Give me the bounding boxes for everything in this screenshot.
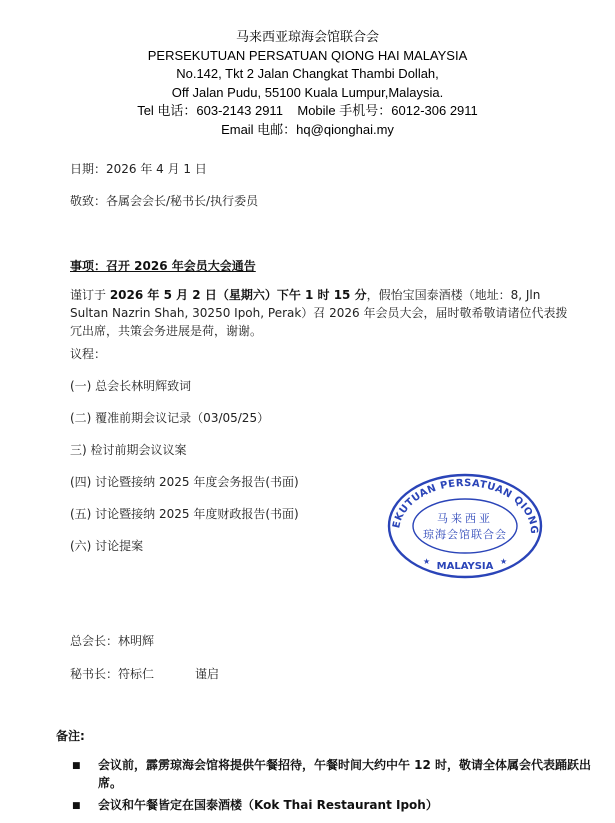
president-signature: 总会长：林明辉 (70, 632, 154, 649)
agenda-item: (一) 总会长林明辉致词 (70, 377, 191, 394)
note-item: ■ 会议和午餐皆定在国泰酒楼（Kok Thai Restaurant Ipoh） (72, 796, 592, 815)
official-stamp: PERSEKUTUAN PERSATUAN QIONG HAI 马来西亚 琼海会… (385, 470, 545, 580)
notes-list: ■ 会议前，霹雳琼海会馆将提供午餐招待，午餐时间大约中午 12 时，敬请全体属会… (72, 756, 592, 819)
org-name-chinese: 马来西亚琼海会馆联合会 (0, 28, 615, 47)
note-text: 会议和午餐皆定在国泰酒楼（Kok Thai Restaurant Ipoh） (98, 796, 438, 815)
bullet-icon: ■ (72, 796, 98, 815)
star-icon: ★ (423, 557, 430, 566)
body-paragraph: 谨订于 2026 年 5 月 2 日（星期六）下午 1 时 15 分，假怡宝国泰… (70, 286, 575, 340)
bullet-icon: ■ (72, 756, 98, 792)
email-line: Email 电邮：hq@qionghai.my (0, 121, 615, 140)
address-line-1: No.142, Tkt 2 Jalan Changkat Thambi Doll… (0, 65, 615, 84)
star-icon: ★ (500, 557, 507, 566)
agenda-item: (五) 讨论暨接纳 2025 年度财政报告(书面) (70, 505, 299, 522)
meeting-datetime: 2026 年 5 月 2 日（星期六）下午 1 时 15 分 (110, 288, 367, 302)
agenda-item: (四) 讨论暨接纳 2025 年度会务报告(书面) (70, 473, 299, 490)
letterhead: 马来西亚琼海会馆联合会 PERSEKUTUAN PERSATUAN QIONG … (0, 28, 615, 139)
org-name-malay: PERSEKUTUAN PERSATUAN QIONG HAI MALAYSIA (0, 47, 615, 66)
agenda-title: 议程： (70, 345, 106, 362)
secretary-signature: 秘书长：符标仁 (70, 665, 154, 682)
subject-heading: 事项：召开 2026 年会员大会通告 (70, 257, 256, 274)
note-text: 会议前，霹雳琼海会馆将提供午餐招待，午餐时间大约中午 12 时，敬请全体属会代表… (98, 756, 592, 792)
date-line: 日期：2026 年 4 月 1 日 (70, 160, 207, 177)
phone-line: Tel 电话：603-2143 2911 Mobile 手机号：6012-306… (0, 102, 615, 121)
recipients-line: 敬致：各属会会长/秘书长/执行委员 (70, 192, 258, 209)
agenda-item: (六) 讨论提案 (70, 537, 143, 554)
address-line-2: Off Jalan Pudu, 55100 Kuala Lumpur,Malay… (0, 84, 615, 103)
agenda-item: (二) 覆准前期会议记录（03/05/25） (70, 409, 269, 426)
agenda-item: 三) 检讨前期会议议案 (70, 441, 187, 458)
stamp-inner-line-2: 琼海会馆联合会 (423, 527, 507, 541)
note-item: ■ 会议前，霹雳琼海会馆将提供午餐招待，午餐时间大约中午 12 时，敬请全体属会… (72, 756, 592, 792)
body-prefix: 谨订于 (70, 288, 110, 302)
stamp-inner-line-1: 马来西亚 (437, 511, 493, 525)
closing-remark: 谨启 (195, 665, 219, 682)
notes-title: 备注: (56, 727, 85, 744)
stamp-bottom-text: MALAYSIA (437, 561, 494, 572)
